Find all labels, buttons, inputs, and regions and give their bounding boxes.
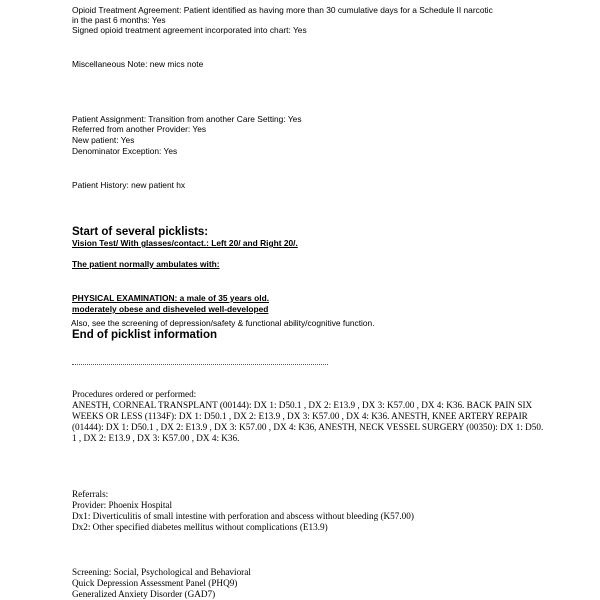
denominator-exception: Denominator Exception: Yes <box>72 146 177 156</box>
physical-exam-line-1: PHYSICAL EXAMINATION: a male of 35 years… <box>72 293 269 303</box>
picklists-end-heading: End of picklist information <box>72 329 217 342</box>
screening-gad7: Generalized Anxiety Disorder (GAD7) <box>72 589 215 600</box>
patient-assignment: Patient Assignment: Transition from anot… <box>72 114 302 124</box>
dotted-divider <box>72 364 328 365</box>
procedures-line: ANESTH, CORNEAL TRANSPLANT (00144): DX 1… <box>72 400 532 411</box>
screening-label: Screening: Social, Psychological and Beh… <box>72 567 251 578</box>
opioid-agreement-line-1: Opioid Treatment Agreement: Patient iden… <box>72 5 493 15</box>
also-see-screening: Also, see the screening of depression/sa… <box>71 318 375 328</box>
opioid-agreement-line-2: in the past 6 months: Yes <box>72 15 166 25</box>
new-patient: New patient: Yes <box>72 135 134 145</box>
physical-exam-line-2: moderately obese and disheveled well-dev… <box>72 304 268 314</box>
referral-dx1: Dx1: Diverticulitis of small intestine w… <box>72 511 414 522</box>
vision-test: Vision Test/ With glasses/contact.: Left… <box>72 238 298 248</box>
referred-from-provider: Referred from another Provider: Yes <box>72 124 206 134</box>
ambulation: The patient normally ambulates with: <box>72 259 220 269</box>
miscellaneous-note: Miscellaneous Note: new mics note <box>72 59 203 69</box>
procedures-label: Procedures ordered or performed: <box>72 389 196 400</box>
procedures-line: (01444): DX 1: D50.1 , DX 2: E13.9 , DX … <box>72 422 543 433</box>
referral-dx2: Dx2: Other specified diabetes mellitus w… <box>72 522 328 533</box>
procedures-line: WEEKS OR LESS (1134F): DX 1: D50.1 , DX … <box>72 411 528 422</box>
screening-phq9: Quick Depression Assessment Panel (PHQ9) <box>72 578 237 589</box>
opioid-signed-agreement: Signed opioid treatment agreement incorp… <box>72 25 307 35</box>
referral-provider: Provider: Phoenix Hospital <box>72 500 172 511</box>
procedures-line: 1 , DX 2: E13.9 , DX 3: K57.00 , DX 4: K… <box>72 433 239 444</box>
patient-history: Patient History: new patient hx <box>72 180 185 190</box>
referrals-label: Referrals: <box>72 489 108 500</box>
